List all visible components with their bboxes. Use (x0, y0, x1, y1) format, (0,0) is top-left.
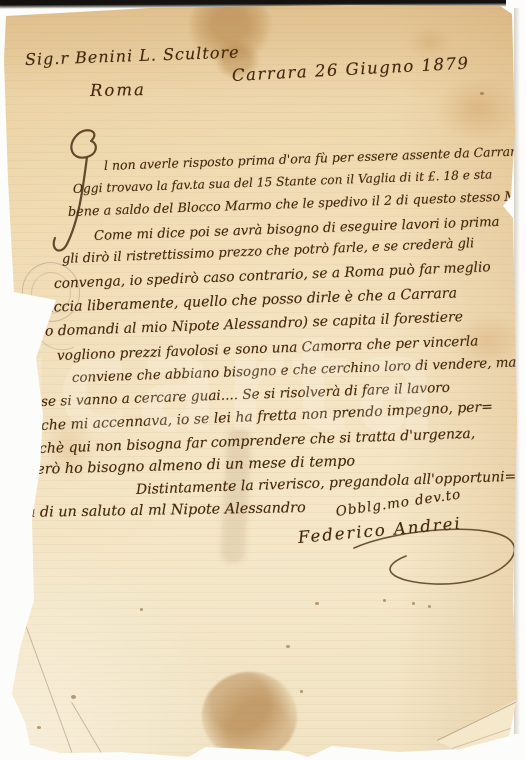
opening-initial-flourish (46, 128, 110, 256)
paper-speck (480, 92, 484, 95)
paper-shading (0, 520, 230, 760)
paper-speck (428, 605, 431, 608)
signature-flourish (350, 520, 526, 600)
paper-speck (315, 602, 319, 605)
paper-speck (71, 695, 76, 699)
paper-stain (438, 78, 518, 140)
paper-speck (412, 602, 415, 605)
recipient-city: Roma (90, 80, 146, 100)
paper-speck (286, 645, 290, 648)
paper-stain (408, 26, 452, 58)
paper-speck (140, 608, 143, 611)
paper-speck (37, 726, 41, 729)
letter-line: tà di un saluto al ml Nipote Alessandro (21, 500, 306, 521)
letter-paper: Sig.r Benini L. Scultore Roma Carrara 26… (0, 0, 526, 760)
paper-stain (202, 672, 297, 760)
paper-speck (300, 690, 303, 693)
scanned-letter-photo: Sig.r Benini L. Scultore Roma Carrara 26… (0, 0, 526, 760)
